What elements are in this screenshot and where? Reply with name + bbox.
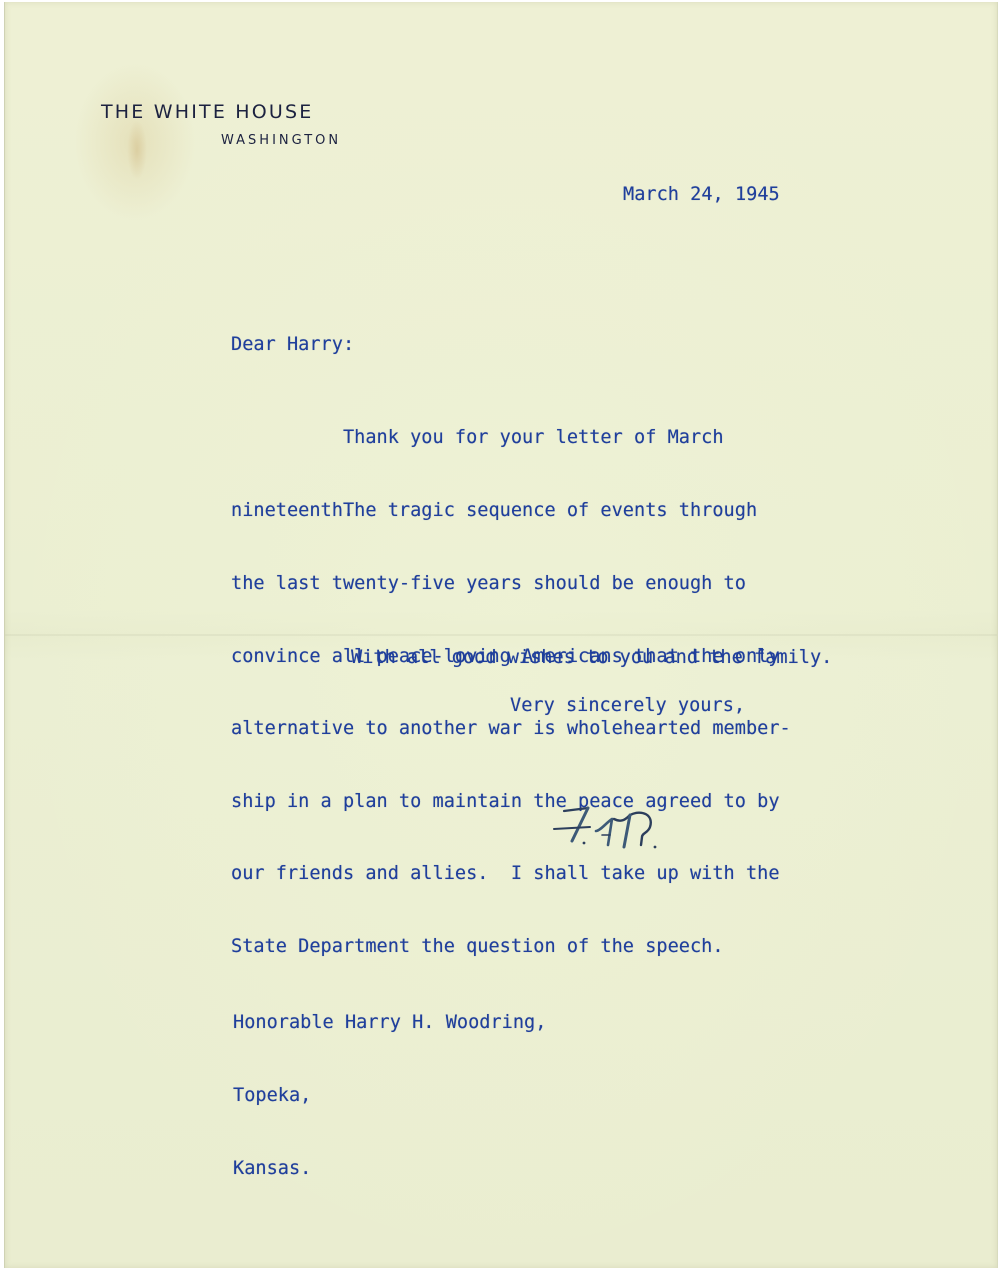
paragraph-line: State Department the question of the spe… bbox=[231, 935, 791, 959]
letterhead-city: WASHINGTON bbox=[221, 133, 341, 148]
closing: Very sincerely yours, bbox=[510, 694, 745, 718]
paragraph-line: the last twenty-five years should be eno… bbox=[231, 572, 791, 596]
salutation: Dear Harry: bbox=[231, 333, 354, 357]
letter-date: March 24, 1945 bbox=[623, 183, 780, 207]
paragraph-2: The tragic sequence of events through th… bbox=[231, 451, 791, 1008]
paragraph-line: our friends and allies. I shall take up … bbox=[231, 862, 791, 886]
letterhead-title: THE WHITE HOUSE bbox=[101, 101, 313, 123]
recipient-city: Topeka, bbox=[233, 1084, 546, 1108]
signature-fdr-initials bbox=[550, 797, 710, 857]
letter-page: THE WHITE HOUSE WASHINGTON March 24, 194… bbox=[4, 2, 998, 1268]
recipient-name: Honorable Harry H. Woodring, bbox=[233, 1011, 546, 1035]
recipient-state: Kansas. bbox=[233, 1157, 546, 1181]
closing-wish: With all good wishes to you and the fami… bbox=[351, 646, 832, 670]
paragraph-line: The tragic sequence of events through bbox=[231, 499, 791, 523]
paper-stain bbox=[127, 120, 147, 180]
recipient-address: Honorable Harry H. Woodring, Topeka, Kan… bbox=[233, 963, 546, 1229]
paragraph-line: Thank you for your letter of March bbox=[231, 426, 724, 450]
paragraph-line: alternative to another war is wholeheart… bbox=[231, 717, 791, 741]
